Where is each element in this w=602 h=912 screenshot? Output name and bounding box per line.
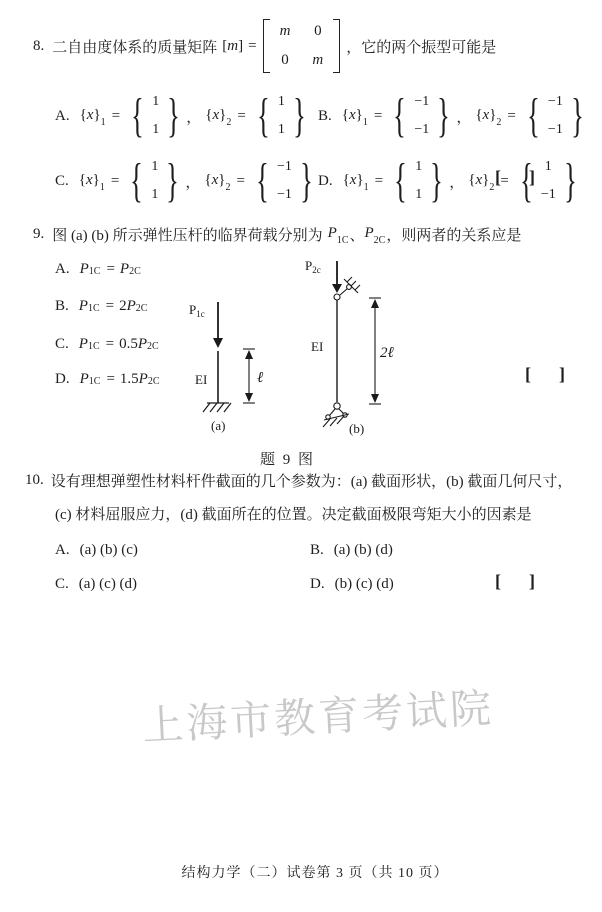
mode-shape-1-symbol: {x}1 — [80, 107, 107, 126]
pin-support — [323, 403, 349, 427]
answer-bracket-q10: [] — [495, 571, 535, 592]
q8-option-a: A. {x}1 = {11} ， {x}2 = {11} — [55, 90, 312, 142]
figure-caption: 题 9 图 — [260, 448, 315, 469]
fixed-support — [203, 403, 231, 412]
mass-matrix: m 0 0 m — [263, 19, 341, 73]
q8-option-d: D. {x}1 = {11} ， {x}2 = {1−1} — [318, 155, 583, 207]
figure-a-label: (a) — [211, 418, 225, 433]
q9-option-d: D. P1C = 1.5P2C — [55, 371, 161, 388]
matrix-right-bracket — [333, 19, 340, 73]
question-10-number: 10. — [25, 472, 44, 489]
mode-shape-vector: {−1−1} — [251, 158, 318, 204]
load-arrow — [332, 261, 342, 293]
mode-shape-vector: {11} — [389, 158, 448, 204]
mode-shape-2-symbol: {x}2 — [468, 172, 495, 191]
q9-option-c: C. P1C = 0.5P2C — [55, 336, 160, 353]
matrix-left-bracket — [263, 19, 270, 73]
dimension-label: ℓ — [257, 370, 263, 386]
question-9-stem: 9. 图 (a) (b) 所示弹性压杆的临界荷载分别为 P1C 、 P2C ，则… — [33, 224, 521, 245]
q8-option-b: B. {x}1 = {−1−1} ， {x}2 = {−1−1} — [318, 90, 590, 142]
p2c-symbol: P2C — [365, 225, 387, 244]
question-8-text: 二自由度体系的质量矩阵 — [52, 36, 217, 57]
load-label-p2c: P2c — [305, 258, 321, 275]
q10-option-b: B. (a) (b) (d) — [310, 542, 393, 559]
q9-option-a: A. P1C = P2C — [55, 261, 142, 278]
q8-option-c: C. {x}1 = {11} ， {x}2 = {−1−1} — [55, 155, 319, 207]
page-footer: 结构力学（二）试卷第 3 页（共 10 页） — [14, 862, 602, 882]
q10-option-d: D. (b) (c) (d) — [310, 576, 394, 593]
mass-matrix-symbol: [m] — [222, 38, 243, 55]
equals-sign: = — [248, 38, 256, 55]
dimension-label: 2ℓ — [380, 345, 394, 361]
mode-shape-vector: {−1−1} — [522, 93, 589, 139]
load-arrow — [213, 302, 223, 348]
watermark: 上海市教育考试院 — [141, 675, 496, 752]
question-9-number: 9. — [33, 226, 44, 243]
load-label-p1c: P1c — [189, 302, 205, 319]
mode-shape-2-symbol: {x}2 — [204, 172, 231, 191]
member-label-ei: EI — [195, 372, 207, 387]
question-10-stem-line2: (c) 材料屈服应力，(d) 截面所在的位置。决定截面极限弯矩大小的因素是 — [55, 503, 532, 524]
dimension-line — [243, 349, 255, 403]
question-8-number: 8. — [33, 38, 44, 55]
mode-shape-1-symbol: {x}1 — [343, 172, 370, 191]
member-label-ei: EI — [311, 339, 323, 354]
figure-b-label: (b) — [349, 421, 364, 436]
mode-shape-2-symbol: {x}2 — [475, 107, 502, 126]
q9-option-b: B. P1C = 2P2C — [55, 298, 148, 315]
mode-shape-vector: {−1−1} — [388, 93, 455, 139]
figure-a-column-diagram: P1c EI ℓ (a) — [183, 296, 303, 436]
p1c-symbol: P1C — [328, 225, 350, 244]
answer-bracket-q9: [] — [525, 364, 565, 385]
mode-shape-1-symbol: {x}1 — [79, 172, 106, 191]
mode-shape-vector: {11} — [126, 93, 185, 139]
q10-option-a: A. (a) (b) (c) — [55, 542, 138, 559]
mode-shape-2-symbol: {x}2 — [205, 107, 232, 126]
q10-option-c: C. (a) (c) (d) — [55, 576, 137, 593]
mode-shape-vector: {11} — [125, 158, 184, 204]
question-10-stem-line1: 10. 设有理想弹塑性材料杆件截面的几个参数为：(a) 截面形状，(b) 截面几… — [25, 470, 572, 491]
figure-b-column-diagram: P2c EI — [299, 256, 414, 440]
question-8-text-after: ，它的两个振型可能是 — [346, 36, 496, 57]
answer-bracket-q8: [] — [495, 167, 535, 188]
mode-shape-1-symbol: {x}1 — [342, 107, 369, 126]
question-8-stem: 8. 二自由度体系的质量矩阵 [m] = m 0 0 m ，它的两个振型可能是 — [33, 19, 496, 73]
mode-shape-vector: {11} — [252, 93, 311, 139]
